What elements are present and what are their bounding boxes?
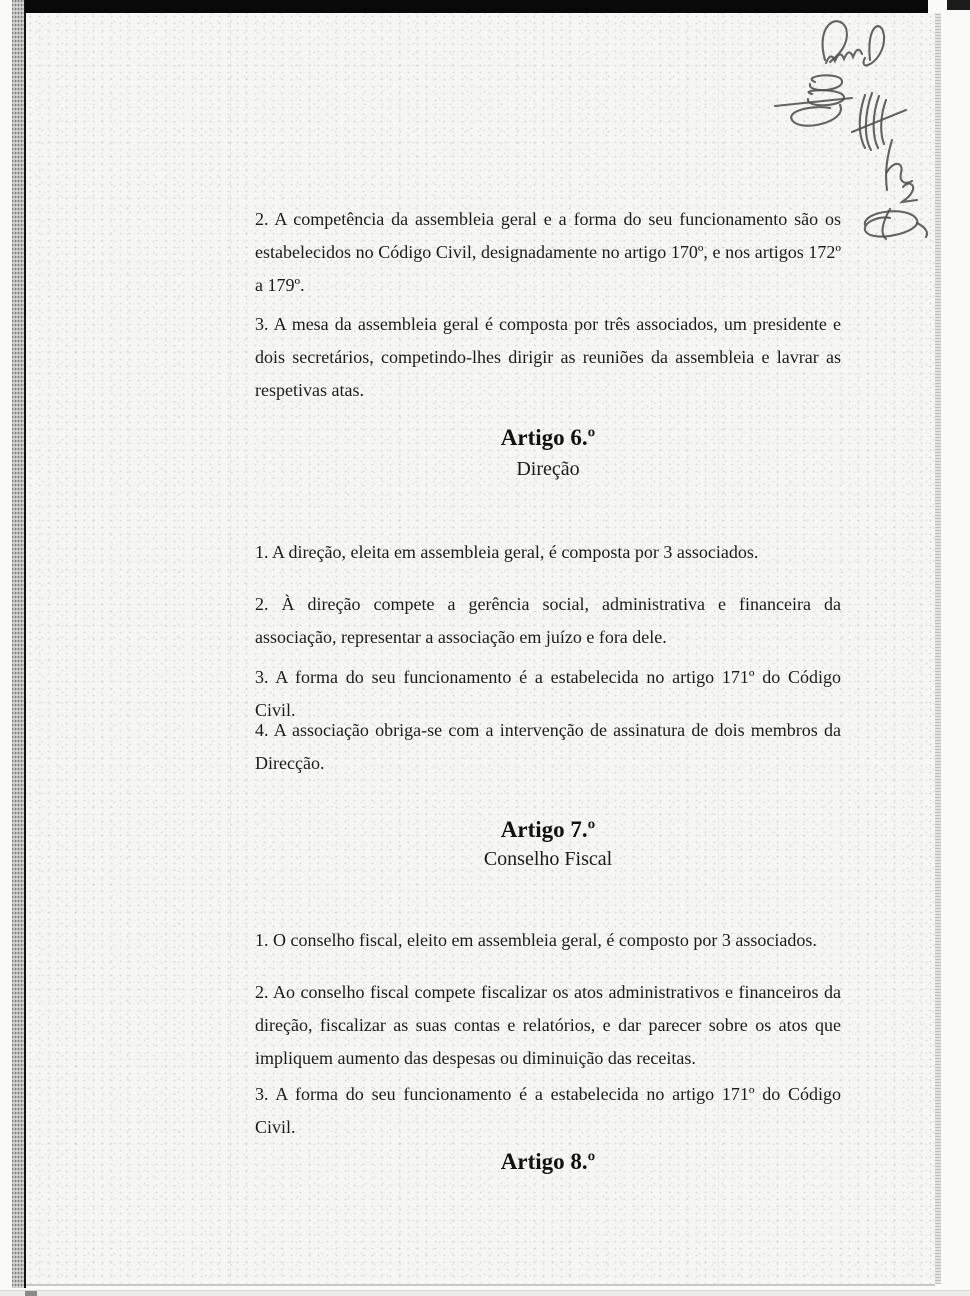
article-6-subtitle: Direção (255, 456, 841, 482)
paragraph: 3. A mesa da assembleia geral é composta… (255, 308, 841, 407)
article-7-subtitle: Conselho Fiscal (255, 846, 841, 872)
scan-vertical-artifact-line (230, 13, 231, 1284)
scan-bottom-speck (25, 1291, 37, 1296)
paragraph: 1. O conselho fiscal, eleito em assemble… (255, 924, 841, 957)
paragraph: 2. A competência da assembleia geral e a… (255, 203, 841, 302)
article-6-title: Artigo 6.º (255, 424, 841, 452)
scan-top-right-corner-mark (947, 0, 970, 10)
scan-left-gray-band (12, 0, 24, 1288)
paragraph: 2. Ao conselho fiscal compete fiscalizar… (255, 976, 841, 1075)
paragraph: 2. À direção compete a gerência social, … (255, 588, 841, 654)
signature-scribble-icon (770, 10, 940, 250)
paragraph: 1. A direção, eleita em assembleia geral… (255, 536, 841, 569)
paragraph: 3. A forma do seu funcionamento é a esta… (255, 1078, 841, 1144)
article-8-title: Artigo 8.º (255, 1148, 841, 1176)
article-7-title: Artigo 7.º (255, 816, 841, 844)
scan-bottom-strip (0, 1290, 970, 1296)
paragraph: 4. A associação obriga-se com a interven… (255, 714, 841, 780)
handwritten-initials (770, 10, 940, 250)
